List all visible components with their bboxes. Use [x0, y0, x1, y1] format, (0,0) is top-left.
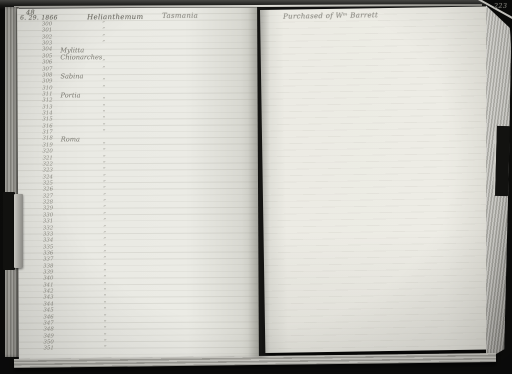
entry-number: 331: [34, 219, 53, 225]
ledger-photo: 48 6. 29. 1866 Helianthemum Tasmania 300…: [0, 0, 512, 374]
ditto-mark: ”: [102, 85, 105, 91]
entry-number: 309: [33, 79, 52, 85]
ditto-mark: ”: [103, 97, 106, 103]
entry-number: 303: [33, 41, 52, 47]
ditto-mark: ”: [102, 78, 105, 84]
entry-number: 324: [34, 174, 53, 180]
entry-number: 330: [34, 212, 53, 218]
entry-number: 321: [34, 155, 53, 161]
ditto-mark: ”: [103, 193, 106, 199]
ditto-mark: ”: [103, 256, 106, 262]
ditto-mark: ”: [104, 301, 107, 307]
ditto-mark: ”: [102, 40, 105, 46]
entry-number: 341: [35, 282, 54, 288]
ditto-mark: ”: [104, 282, 107, 288]
entry-number: 329: [34, 206, 53, 212]
ditto-mark: ”: [103, 187, 106, 193]
entry-number: 326: [34, 187, 53, 193]
ditto-mark: ”: [103, 269, 106, 275]
entry-number: 349: [35, 333, 54, 339]
entry-number: 318: [34, 136, 53, 142]
entry-number: 306: [33, 60, 52, 66]
entry-number: 315: [34, 117, 53, 123]
ditto-mark: ”: [102, 66, 105, 72]
ditto-mark: ”: [104, 333, 107, 339]
gutter-shadow: [248, 8, 270, 358]
entry-number: 314: [34, 110, 53, 116]
entry-number: 302: [33, 34, 52, 40]
entry-number: 343: [35, 295, 54, 301]
ditto-mark: ”: [104, 295, 107, 301]
ditto-mark: ”: [103, 142, 106, 148]
ditto-mark: ”: [104, 320, 107, 326]
ditto-mark: ”: [103, 110, 106, 116]
entry-number: 307: [33, 66, 52, 72]
entry-number: 328: [34, 200, 53, 206]
entry-number: 337: [34, 257, 53, 263]
ditto-mark: ”: [103, 250, 106, 256]
entry-number: 300: [33, 21, 52, 27]
entry-number: 312: [34, 98, 53, 104]
ditto-mark: ”: [103, 225, 106, 231]
binder-clip-right: [493, 126, 510, 196]
entry-number: 310: [33, 85, 52, 91]
entry-number: 327: [34, 193, 53, 199]
entry-number: 338: [34, 263, 53, 269]
ditto-mark: ”: [104, 326, 107, 332]
ditto-mark: ”: [103, 129, 106, 135]
ditto-mark: ”: [104, 288, 107, 294]
entry-number: 305: [33, 53, 52, 59]
ditto-mark: ”: [103, 218, 106, 224]
right-page-header: Purchased of Wᵐ Barrett: [283, 11, 378, 20]
ditto-mark: ”: [102, 21, 105, 27]
entry-number: 340: [34, 276, 53, 282]
entry-number: 350: [35, 339, 54, 345]
entry-number: 319: [34, 142, 53, 148]
entry-number: 339: [34, 269, 53, 275]
right-page-number: 223: [494, 2, 507, 10]
entry-number: 322: [34, 161, 53, 167]
entry-number: 346: [35, 314, 54, 320]
ditto-mark: ”: [104, 307, 107, 313]
ditto-mark: ”: [103, 148, 106, 154]
ditto-mark: ”: [103, 237, 106, 243]
ditto-mark: ”: [103, 212, 106, 218]
ditto-mark: ”: [104, 314, 107, 320]
entry-number: 333: [34, 231, 53, 237]
left-page: 48 6. 29. 1866 Helianthemum Tasmania 300…: [17, 7, 259, 361]
entry-number: 342: [35, 289, 54, 295]
ditto-mark: ”: [103, 155, 106, 161]
entry-number: 347: [35, 320, 54, 326]
entry-number: 351: [35, 346, 54, 352]
ditto-mark: ”: [102, 28, 105, 34]
ditto-mark: ”: [103, 263, 106, 269]
ditto-mark: ”: [104, 339, 107, 345]
register-rows: 300”301”302”303”304Mylitta305Chionarches…: [17, 7, 259, 361]
entry-number: 348: [35, 327, 54, 333]
ditto-mark: ”: [103, 167, 106, 173]
ditto-mark: ”: [103, 161, 106, 167]
entry-number: 332: [34, 225, 53, 231]
entry-number: 325: [34, 180, 53, 186]
binder-clip-left-highlight: [14, 194, 23, 268]
ditto-mark: ”: [103, 174, 106, 180]
register-row: 351”: [19, 345, 259, 352]
entry-number: 336: [34, 250, 53, 256]
ditto-mark: ”: [102, 34, 105, 40]
ditto-mark: ”: [103, 276, 106, 282]
entry-number: 345: [35, 308, 54, 314]
entry-number: 323: [34, 168, 53, 174]
entry-number: 317: [34, 130, 53, 136]
right-page: Purchased of Wᵐ Barrett: [260, 6, 496, 353]
entry-number: 344: [35, 301, 54, 307]
ditto-mark: ”: [103, 199, 106, 205]
ditto-mark: ”: [103, 123, 106, 129]
entry-number: 311: [34, 91, 53, 97]
ditto-mark: ”: [103, 180, 106, 186]
entry-number: 308: [33, 72, 52, 78]
entry-number: 316: [34, 123, 53, 129]
ditto-mark: ”: [103, 117, 106, 123]
ditto-mark: ”: [103, 104, 106, 110]
entry-number: 304: [33, 47, 52, 53]
ditto-mark: ”: [103, 244, 106, 250]
entry-number: 335: [34, 244, 53, 250]
entry-number: 301: [33, 28, 52, 34]
ditto-mark: ”: [104, 346, 107, 352]
entry-number: 313: [34, 104, 53, 110]
ditto-mark: ”: [103, 206, 106, 212]
entry-number: 320: [34, 149, 53, 155]
ditto-mark: ”: [103, 231, 106, 237]
entry-number: 334: [34, 238, 53, 244]
ditto-mark: ”: [102, 59, 105, 65]
